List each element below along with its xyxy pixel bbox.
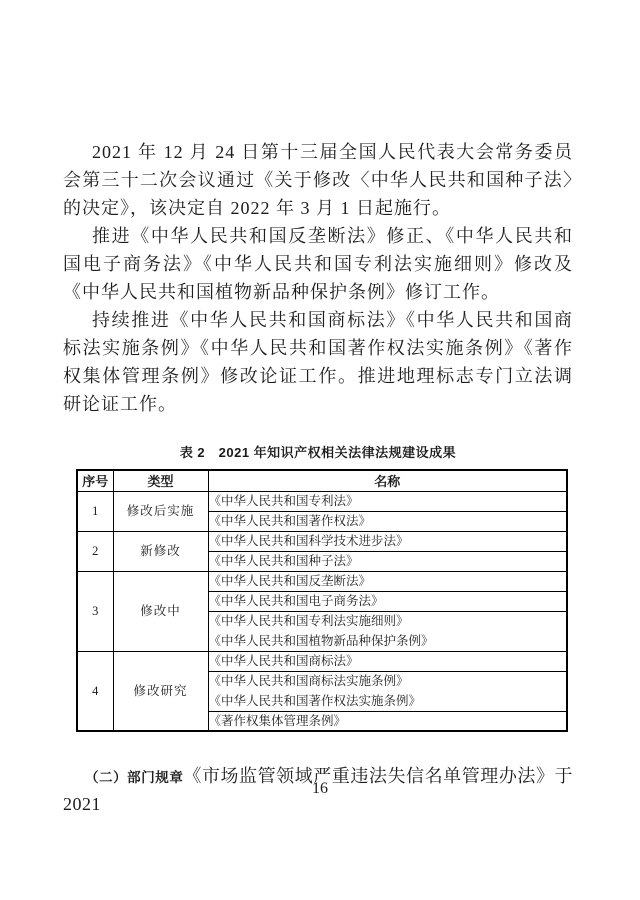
name-cell: 《中华人民共和国专利法》 bbox=[208, 491, 567, 511]
results-table: 序号 类型 名称 1修改后实施《中华人民共和国专利法》《中华人民共和国著作权法》… bbox=[76, 469, 568, 732]
serial-cell: 1 bbox=[77, 491, 113, 531]
paragraph: 2021 年 12 月 24 日第十三届全国人民代表大会常务委员会第三十二次会议… bbox=[63, 138, 573, 222]
name-cell: 《中华人民共和国反垄断法》 bbox=[208, 571, 567, 591]
table-header-serial: 序号 bbox=[77, 470, 113, 491]
table-row: 2新修改《中华人民共和国科学技术进步法》 bbox=[77, 531, 567, 551]
table-row: 3修改中《中华人民共和国反垄断法》 bbox=[77, 571, 567, 591]
serial-cell: 2 bbox=[77, 531, 113, 571]
document-page: 2021 年 12 月 24 日第十三届全国人民代表大会常务委员会第三十二次会议… bbox=[0, 0, 640, 900]
type-cell: 修改后实施 bbox=[113, 491, 208, 531]
table-row: 4修改研究《中华人民共和国商标法》 bbox=[77, 651, 567, 671]
paragraph: 持续推进《中华人民共和国商标法》《中华人民共和国商标法实施条例》《中华人民共和国… bbox=[63, 306, 573, 418]
type-cell: 修改研究 bbox=[113, 651, 208, 731]
page-content: 2021 年 12 月 24 日第十三届全国人民代表大会常务委员会第三十二次会议… bbox=[63, 0, 573, 817]
name-cell: 《中华人民共和国专利法实施细则》 bbox=[208, 611, 567, 631]
paragraph: 推进《中华人民共和国反垄断法》修正、《中华人民共和国电子商务法》《中华人民共和国… bbox=[63, 222, 573, 306]
name-cell: 《中华人民共和国植物新品种保护条例》 bbox=[208, 631, 567, 651]
type-cell: 新修改 bbox=[113, 531, 208, 571]
name-cell: 《中华人民共和国种子法》 bbox=[208, 551, 567, 571]
name-cell: 《中华人民共和国电子商务法》 bbox=[208, 591, 567, 611]
table-header-name: 名称 bbox=[208, 470, 567, 491]
name-cell: 《中华人民共和国著作权法实施条例》 bbox=[208, 691, 567, 711]
table-row: 1修改后实施《中华人民共和国专利法》 bbox=[77, 491, 567, 511]
name-cell: 《中华人民共和国商标法》 bbox=[208, 651, 567, 671]
table-header-type: 类型 bbox=[113, 470, 208, 491]
name-cell: 《中华人民共和国著作权法》 bbox=[208, 511, 567, 531]
table-caption: 表 2 2021 年知识产权相关法律法规建设成果 bbox=[63, 442, 573, 461]
serial-cell: 4 bbox=[77, 651, 113, 731]
page-number: 16 bbox=[0, 780, 640, 798]
name-cell: 《中华人民共和国科学技术进步法》 bbox=[208, 531, 567, 551]
name-cell: 《中华人民共和国商标法实施条例》 bbox=[208, 671, 567, 691]
name-cell: 《著作权集体管理条例》 bbox=[208, 711, 567, 731]
serial-cell: 3 bbox=[77, 571, 113, 651]
results-table-body: 1修改后实施《中华人民共和国专利法》《中华人民共和国著作权法》2新修改《中华人民… bbox=[77, 491, 567, 731]
table-header-row: 序号 类型 名称 bbox=[77, 470, 567, 491]
type-cell: 修改中 bbox=[113, 571, 208, 651]
